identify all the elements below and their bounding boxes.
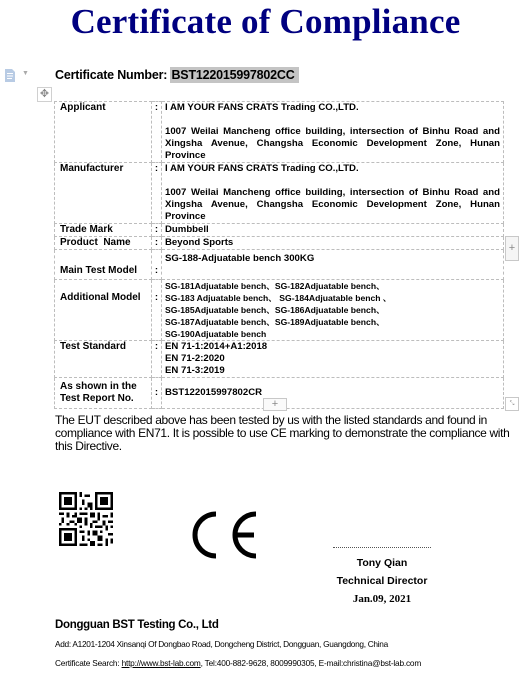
- main-test-model-label: Main Test Model: [55, 250, 152, 280]
- lab-contact: Certificate Search: http://www.bst-lab.c…: [55, 658, 421, 668]
- manufacturer-company: I AM YOUR FANS CRATS Trading CO.,LTD.: [165, 163, 500, 175]
- add-row-button[interactable]: +: [263, 398, 287, 411]
- signature-date: Jan.09, 2021: [300, 593, 464, 605]
- table-row-trade-mark: Trade Mark : Dumbbell: [55, 224, 504, 237]
- test-standard-value: EN 71-1:2014+A1:2018 EN 71-2:2020 EN 71-…: [162, 341, 504, 378]
- separator: :: [152, 341, 162, 378]
- product-name-label: Product Name: [55, 237, 152, 250]
- table-resize-handle-icon[interactable]: ⤡: [505, 397, 519, 411]
- test-standard-line: EN 71-3:2019: [165, 365, 500, 377]
- signatory-title: Technical Director: [300, 575, 464, 587]
- additional-model-value: SG-181Adjuatable bench、SG-182Adjuatable …: [162, 280, 504, 341]
- applicant-label: Applicant: [55, 102, 152, 163]
- signature-line: [333, 547, 431, 548]
- ce-mark-icon: [192, 510, 264, 560]
- test-report-label: As shown in the Test Report No.: [55, 378, 152, 409]
- compliance-statement: The EUT described above has been tested …: [55, 414, 515, 453]
- applicant-value: I AM YOUR FANS CRATS Trading CO.,LTD. 10…: [162, 102, 504, 163]
- separator: :: [152, 163, 162, 224]
- trade-mark-label: Trade Mark: [55, 224, 152, 237]
- test-standard-line: EN 71-2:2020: [165, 353, 500, 365]
- table-row-additional-model: Additional Model : SG-181Adjuatable benc…: [55, 280, 504, 341]
- table-move-handle-icon[interactable]: ✥: [37, 87, 52, 102]
- separator: :: [152, 102, 162, 163]
- table-row-test-standard: Test Standard : EN 71-1:2014+A1:2018 EN …: [55, 341, 504, 378]
- additional-model-line: SG-183 Adjuatable bench、 SG-184Adjuatabl…: [165, 292, 500, 304]
- additional-model-line: SG-187Adjuatable bench、SG-189Adjuatable …: [165, 316, 500, 328]
- separator: :: [152, 280, 162, 341]
- separator: :: [152, 250, 162, 280]
- table-row-applicant: Applicant : I AM YOUR FANS CRATS Trading…: [55, 102, 504, 163]
- lab-address: Add: A1201-1204 Xinsanqi Of Dongbao Road…: [55, 639, 388, 649]
- table-row-product-name: Product Name : Beyond Sports: [55, 237, 504, 250]
- manufacturer-value: I AM YOUR FANS CRATS Trading CO.,LTD. 10…: [162, 163, 504, 224]
- additional-model-line: SG-190Adjuatable bench: [165, 328, 500, 340]
- certificate-info-table: Applicant : I AM YOUR FANS CRATS Trading…: [54, 101, 504, 409]
- trade-mark-value: Dumbbell: [162, 224, 504, 237]
- test-standard-line: EN 71-1:2014+A1:2018: [165, 341, 500, 353]
- document-options-icon[interactable]: [4, 69, 16, 82]
- certificate-search-label: Certificate Search:: [55, 658, 122, 668]
- lab-contact-details: , Tel:400-882-9628, 8009990305, E-mail:c…: [201, 658, 421, 668]
- additional-model-label: Additional Model: [55, 280, 152, 341]
- additional-model-line: SG-185Adjuatable bench、SG-186Adjuatable …: [165, 304, 500, 316]
- main-test-model-value: SG-188-Adjuatable bench 300KG: [162, 250, 504, 280]
- separator: :: [152, 237, 162, 250]
- certificate-number: Certificate Number: BST122015997802CC: [55, 68, 299, 82]
- lab-website-link[interactable]: http://www.bst-lab.com: [122, 658, 201, 668]
- table-row-manufacturer: Manufacturer : I AM YOUR FANS CRATS Trad…: [55, 163, 504, 224]
- separator: :: [152, 224, 162, 237]
- product-name-value: Beyond Sports: [162, 237, 504, 250]
- certificate-title: Certificate of Compliance: [0, 2, 531, 42]
- additional-model-line: SG-181Adjuatable bench、SG-182Adjuatable …: [165, 280, 500, 292]
- separator: :: [152, 378, 162, 409]
- signatory-name: Tony Qian: [300, 557, 464, 569]
- add-column-button[interactable]: +: [505, 236, 519, 261]
- qr-code-icon: [59, 492, 113, 546]
- test-report-value: BST122015997802CR: [162, 378, 504, 409]
- certificate-number-label: Certificate Number:: [55, 68, 170, 82]
- chevron-down-icon[interactable]: ▼: [22, 70, 29, 77]
- test-standard-label: Test Standard: [55, 341, 152, 378]
- manufacturer-address: 1007 Weilai Mancheng office building, in…: [165, 187, 500, 223]
- applicant-address: 1007 Weilai Mancheng office building, in…: [165, 126, 500, 162]
- applicant-company: I AM YOUR FANS CRATS Trading CO.,LTD.: [165, 102, 500, 114]
- certificate-number-value: BST122015997802CC: [170, 67, 298, 83]
- lab-name: Dongguan BST Testing Co., Ltd: [55, 619, 219, 631]
- manufacturer-label: Manufacturer: [55, 163, 152, 224]
- table-row-main-test-model: Main Test Model : SG-188-Adjuatable benc…: [55, 250, 504, 280]
